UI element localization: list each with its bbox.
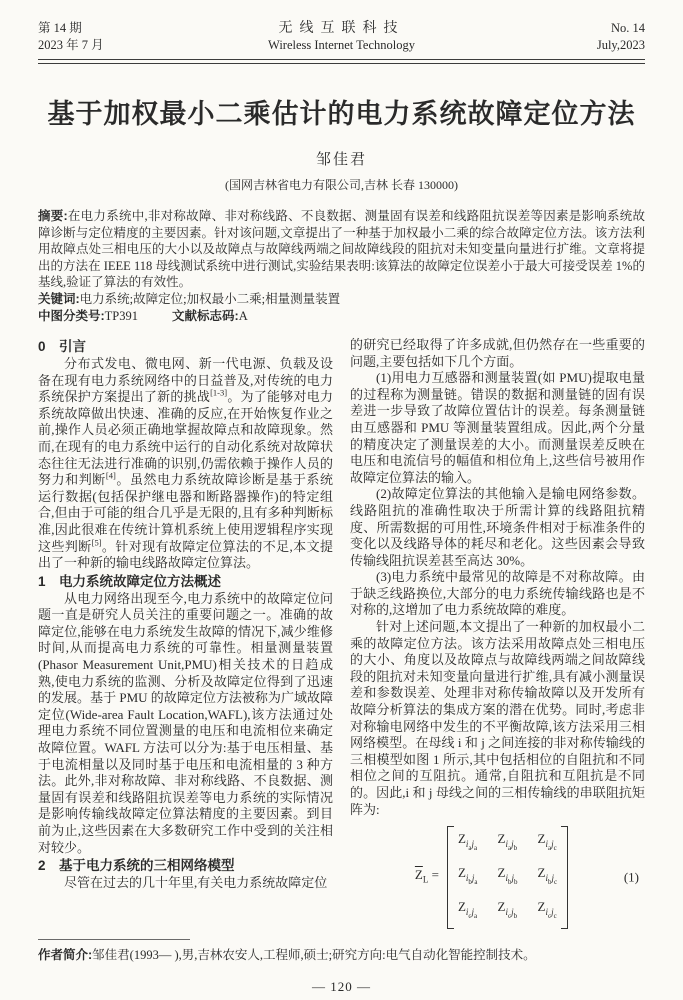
author-affiliation: (国网吉林省电力有限公司,吉林 长春 130000) <box>38 176 645 193</box>
journal-page: 第 14 期 2023 年 7 月 无线互联科技 Wireless Intern… <box>0 0 683 1000</box>
matrix-cell: Zibjb <box>498 865 518 890</box>
abstract-block: 摘要:在电力系统中,非对称故障、非对称线路、不良数据、测量固有误差和线路阻抗误差… <box>38 208 645 291</box>
keywords-text: 电力系统;故障定位;加权最小二乘;相量测量装置 <box>80 292 340 306</box>
reference-sup-5: [5] <box>92 537 102 547</box>
journal-title-en: Wireless Internet Technology <box>148 37 535 54</box>
right-column: 的研究已经取得了许多成就,但仍然存在一些重要的问题,主要包括如下几个方面。 (1… <box>350 337 645 933</box>
method-paragraph: 针对上述问题,本文提出了一种新的加权最小二乘的故障定位方法。该方法采用故障点处三… <box>350 619 645 818</box>
abstract-text: 在电力系统中,非对称故障、非对称线路、不良数据、测量固有误差和线路阻抗误差等因素… <box>38 209 645 289</box>
doc-code-label: 文献标志码: <box>172 309 239 323</box>
impedance-matrix: ZiajaZiajbZiajcZibjaZibjbZibjcZicjaZicjb… <box>447 826 568 929</box>
body-columns: 0 引言 分布式发电、微电网、新一代电源、负载及设备在现有电力系统网络中的日益普… <box>38 337 645 933</box>
section-heading-2: 2 基于电力系统的三相网络模型 <box>38 856 333 875</box>
reference-sup-1-3: [1-3] <box>210 388 227 398</box>
author-bio-text: 邹佳君(1993— ),男,吉林农安人,工程师,硕士;研究方向:电气自动化智能控… <box>92 948 535 962</box>
issue-item-1: (1)用电力互感器和测量装置(如 PMU)提取电量的过程称为测量链。错误的数据和… <box>350 370 645 486</box>
header-left: 第 14 期 2023 年 7 月 <box>38 20 148 54</box>
issue-date-en: July,2023 <box>535 37 645 54</box>
clc-value: TP391 <box>105 309 138 323</box>
issue-date-cn: 2023 年 7 月 <box>38 37 148 54</box>
abstract-label: 摘要: <box>38 209 68 223</box>
impedance-symbol: Z <box>415 867 423 882</box>
matrix-cell: Zicja <box>458 899 478 924</box>
author-bio: 作者简介:邹佳君(1993— ),男,吉林农安人,工程师,硕士;研究方向:电气自… <box>38 947 645 964</box>
equals-sign: = <box>432 867 439 882</box>
header-right: No. 14 July,2023 <box>535 20 645 54</box>
issue-number-cn: 第 14 期 <box>38 20 148 37</box>
footnote-divider <box>38 939 190 940</box>
section-heading-intro: 0 引言 <box>38 337 333 356</box>
header-divider <box>38 59 645 64</box>
keywords-label: 关键词: <box>38 292 80 306</box>
left-column: 0 引言 分布式发电、微电网、新一代电源、负载及设备在现有电力系统网络中的日益普… <box>38 337 333 933</box>
journal-title-cn: 无线互联科技 <box>148 20 535 37</box>
matrix-cell: Ziajb <box>498 831 518 856</box>
doc-code-value: A <box>239 309 248 323</box>
issue-number-en: No. 14 <box>535 20 645 37</box>
clc-label: 中图分类号: <box>38 309 105 323</box>
reference-sup-4: [4] <box>106 471 116 481</box>
matrix-cell: Ziaja <box>458 831 478 856</box>
issue-item-3: (3)电力系统中最常见的故障是不对称故障。由于缺乏线路换位,大部分的电力系统传输… <box>350 569 645 619</box>
paper-title: 基于加权最小二乘估计的电力系统故障定位方法 <box>38 92 645 131</box>
matrix-cell: Ziajc <box>538 831 558 856</box>
issue-item-2: (2)故障定位算法的其他输入是输电网络参数。线路阻抗的准确性取决于所需计算的线路… <box>350 486 645 569</box>
keywords-line: 关键词:电力系统;故障定位;加权最小二乘;相量测量装置 <box>38 291 645 309</box>
clc-line: 中图分类号:TP391文献标志码:A <box>38 308 645 326</box>
continued-paragraph: 的研究已经取得了许多成就,但仍然存在一些重要的问题,主要包括如下几个方面。 <box>350 337 645 370</box>
matrix-cell: Zibja <box>458 865 478 890</box>
matrix-cell: Zicjb <box>498 899 518 924</box>
section-1-paragraph: 从电力网络出现至今,电力系统中的故障定位问题一直是研究人员关注的重要问题之一。准… <box>38 591 333 857</box>
section-heading-1: 1 电力系统故障定位方法概述 <box>38 572 333 591</box>
equation-lhs: ZL = <box>415 867 439 888</box>
author-bio-label: 作者简介: <box>38 948 92 962</box>
page-number: — 120 — <box>38 979 645 995</box>
equation-1: ZL = ZiajaZiajbZiajcZibjaZibjbZibjcZicja… <box>350 826 633 929</box>
matrix-cell: Zibjc <box>538 865 558 890</box>
impedance-subscript: L <box>423 875 429 885</box>
journal-header: 第 14 期 2023 年 7 月 无线互联科技 Wireless Intern… <box>38 20 645 54</box>
section-2-paragraph: 尽管在过去的几十年里,有关电力系统故障定位 <box>38 875 333 892</box>
equation-number: (1) <box>624 869 639 886</box>
intro-paragraph: 分布式发电、微电网、新一代电源、负载及设备在现有电力系统网络中的日益普及,对传统… <box>38 356 333 572</box>
author-name: 邹佳君 <box>38 148 645 169</box>
header-center: 无线互联科技 Wireless Internet Technology <box>148 20 535 54</box>
matrix-cell: Zicjc <box>538 899 558 924</box>
